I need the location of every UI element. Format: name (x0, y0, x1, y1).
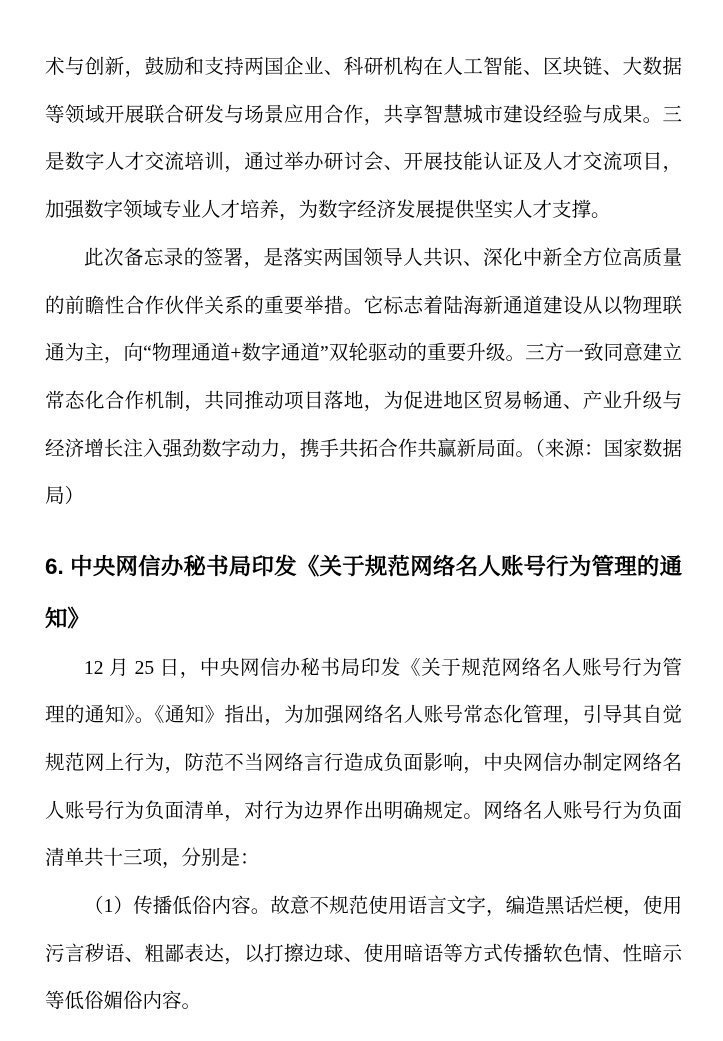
paragraph-negative-list-item-1-vulgar-content: （1）传播低俗内容。故意不规范使用语言文字，编造黑话烂梗，使用污言秽语、粗鄙表达… (45, 883, 682, 1026)
section-heading-6-cac-notice: 6. 中央网信办秘书局印发《关于规范网络名人账号行为管理的通知》 (45, 541, 682, 645)
paragraph-notice-issuance-overview: 12 月 25 日，中央网信办秘书局印发《关于规范网络名人账号行为管理的通知》。… (45, 645, 682, 884)
paragraph-digital-cooperation-continuation: 术与创新，鼓励和支持两国企业、科研机构在人工智能、区块链、大数据等领域开展联合研… (45, 44, 682, 235)
document-page: 术与创新，鼓励和支持两国企业、科研机构在人工智能、区块链、大数据等领域开展联合研… (0, 0, 723, 1041)
paragraph-memorandum-significance: 此次备忘录的签署，是落实两国领导人共识、深化中新全方位高质量的前瞻性合作伙伴关系… (45, 235, 682, 521)
